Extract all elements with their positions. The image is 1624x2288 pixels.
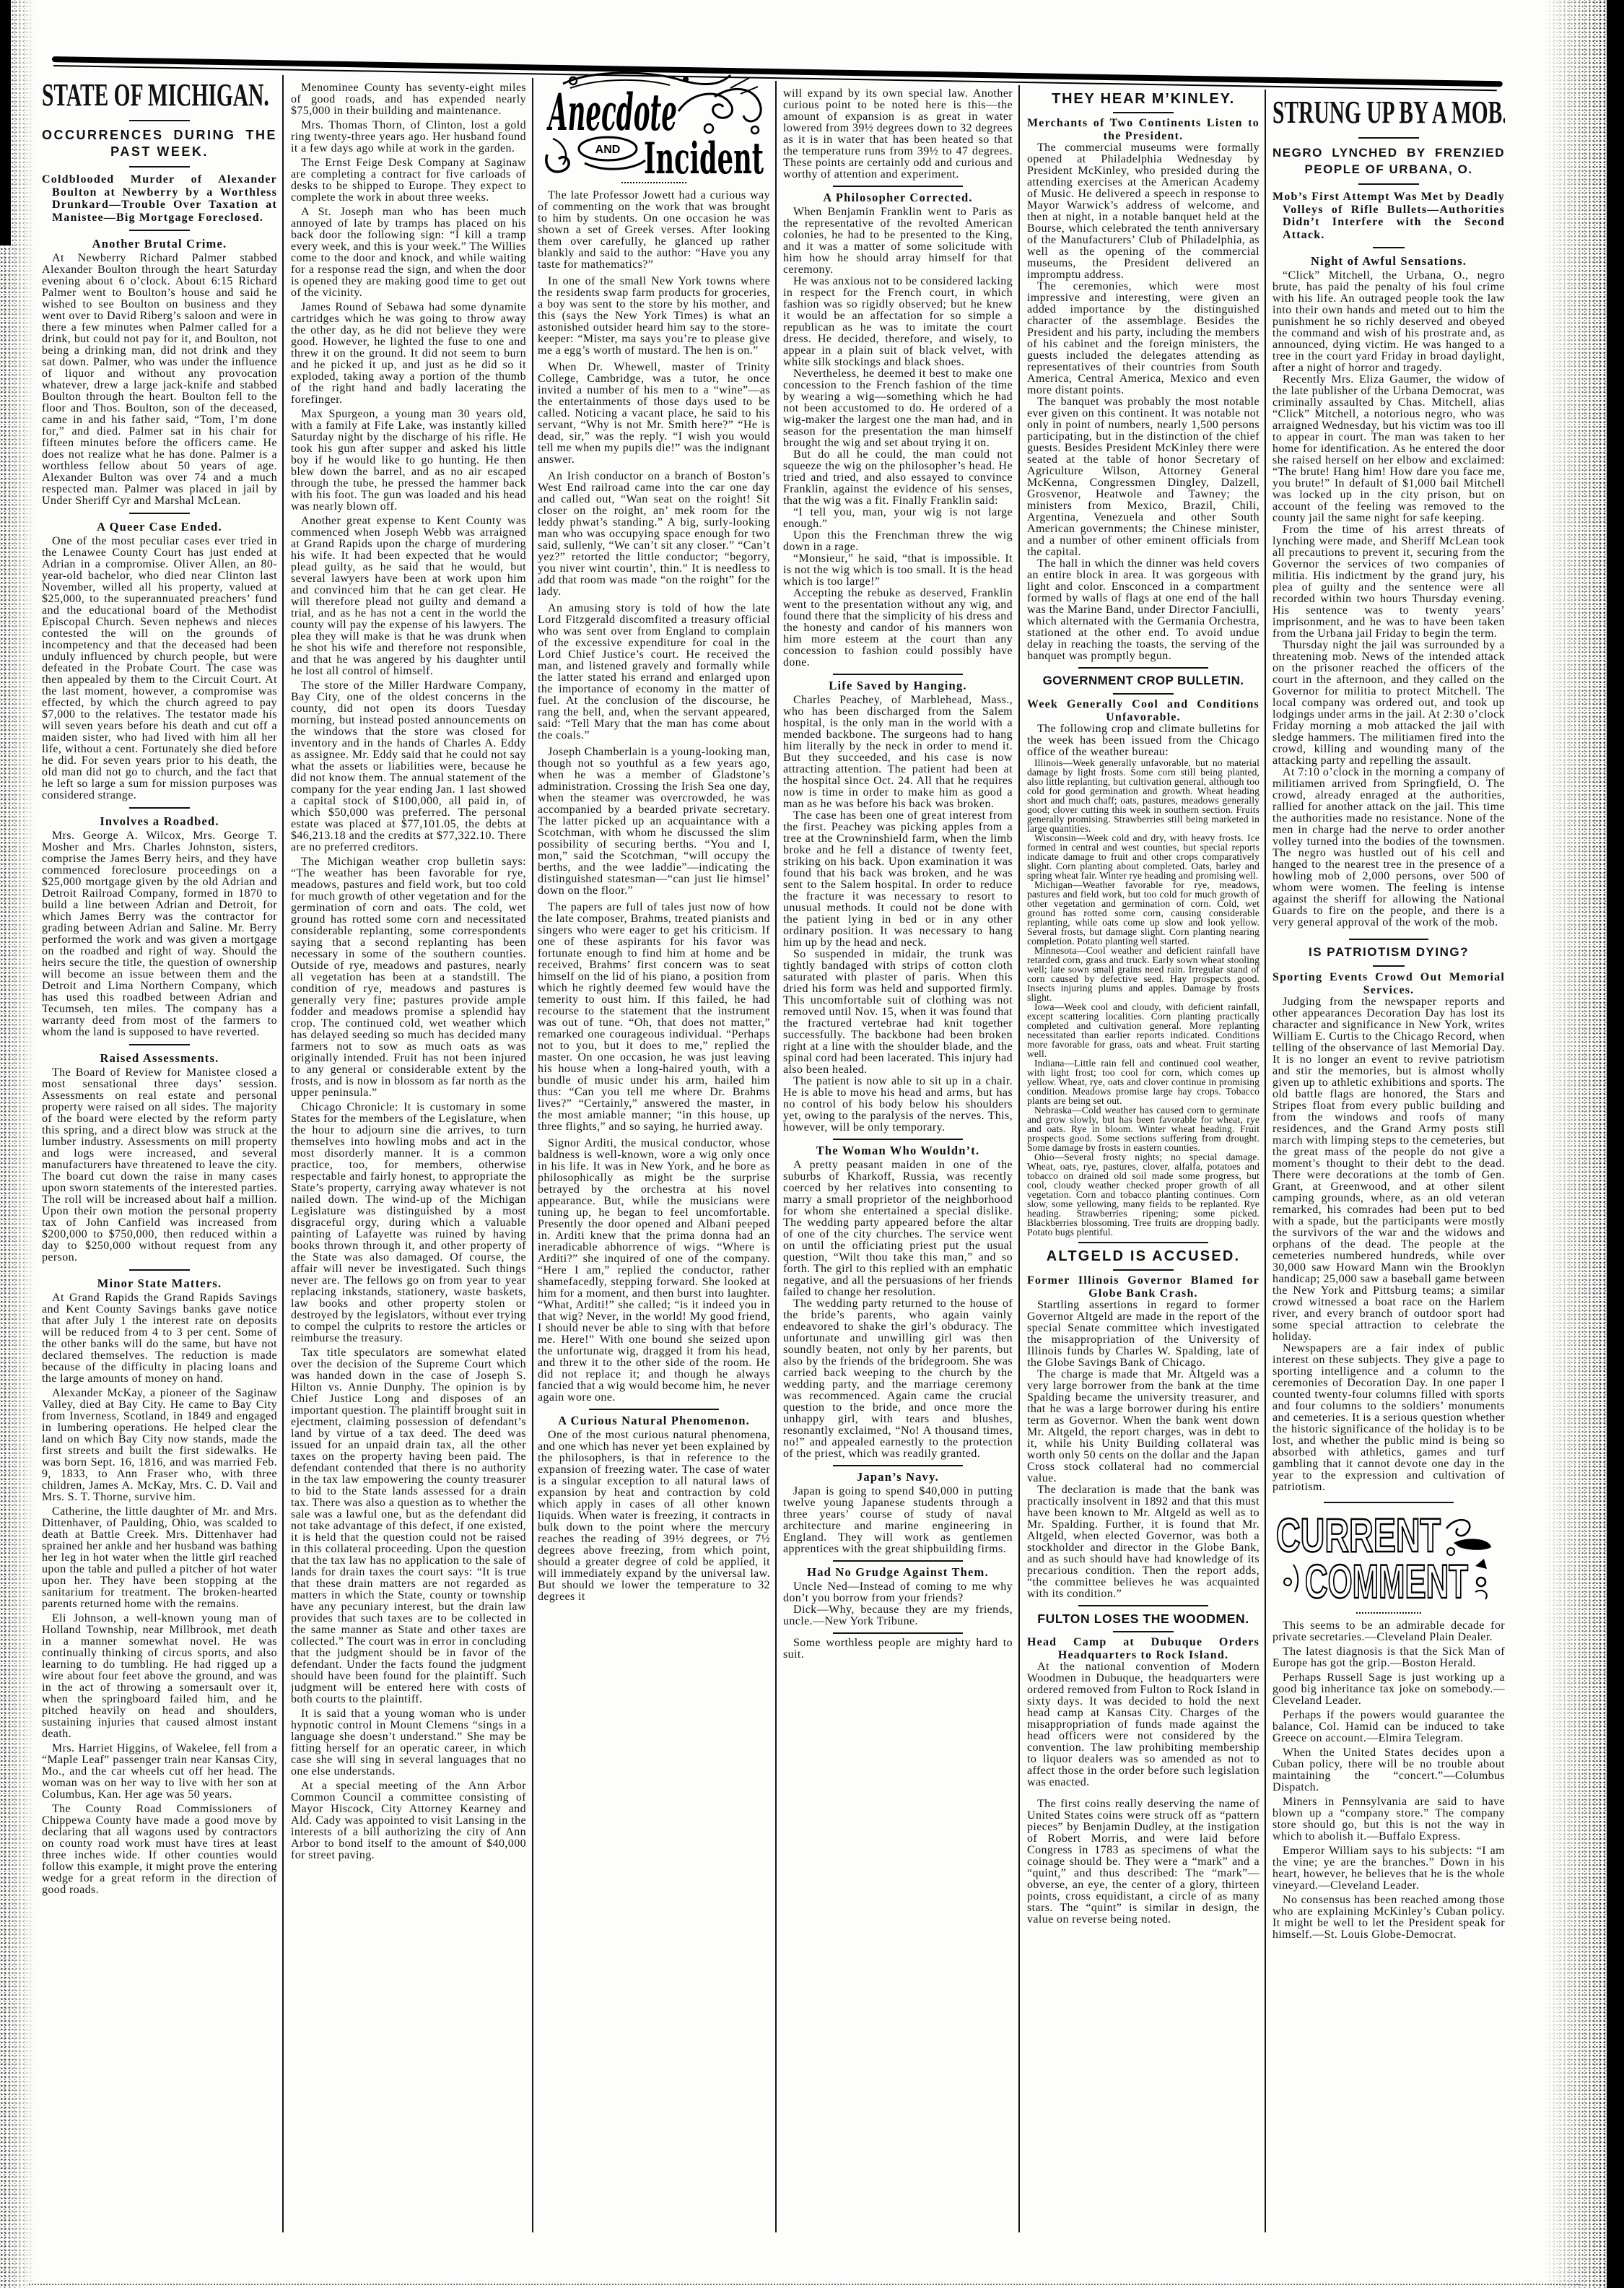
- article-paragraph: At 7:10 o’clock in the morning a company…: [1272, 767, 1505, 928]
- rule: [1078, 1242, 1208, 1243]
- news-item: Chicago Chronicle: It is customary in so…: [291, 1102, 526, 1344]
- minor-matters-list: At Grand Rapids the Grand Rapids Savings…: [42, 1292, 277, 1896]
- news-item: Tax title speculators are somewhat elate…: [291, 1347, 526, 1705]
- state-report: Wisconsin—Week cold and dry, with heavy …: [1027, 833, 1260, 880]
- article-paragraph: The charge is made that Mr. Altgeld was …: [1027, 1369, 1260, 1484]
- article-paragraph: Thursday night the jail was surrounded b…: [1272, 640, 1505, 767]
- rule: [129, 807, 190, 809]
- rule: [589, 1409, 719, 1410]
- rule: [833, 1632, 963, 1634]
- deck: Coldblooded Murder of Alexander Boulton …: [42, 173, 277, 224]
- news-item: Eli Johnson, a well-known young man of H…: [42, 1613, 277, 1740]
- comment-item: The latest diagnosis is that the Sick Ma…: [1272, 1646, 1505, 1669]
- anecdote-and-incident-logo: Anecdote AND Incident: [541, 68, 767, 178]
- news-item: Menominee County has seventy-eight miles…: [291, 82, 526, 117]
- state-report: Illinois—Week generally unfavorable, but…: [1027, 758, 1260, 833]
- headline: STRUNG UP BY A MOB.: [1272, 95, 1505, 130]
- rule: [1373, 965, 1405, 967]
- news-item: Catherine, the little daughter of Mr. an…: [42, 1506, 277, 1610]
- article-paragraph: At the national convention of Modern Woo…: [1027, 1661, 1260, 1788]
- rule: [129, 1269, 190, 1271]
- scan-edge-left-dark: [0, 0, 11, 245]
- article-paragraph: The hall in which the dinner was held co…: [1027, 558, 1260, 662]
- state-report: Minnesota—Cool weather and deficient rai…: [1027, 946, 1260, 1002]
- article-paragraph: A pretty peasant maiden in one of the su…: [783, 1160, 1013, 1298]
- news-item: Mrs. Thomas Thorn, of Clinton, lost a go…: [291, 120, 526, 155]
- column-6: STRUNG UP BY A MOB. NEGRO LYNCHED BY FRE…: [1272, 95, 1505, 2247]
- article-paragraph: One of the most curious natural phenomen…: [538, 1430, 770, 1603]
- article-paragraph: The patient is now able to sit up in a c…: [783, 1076, 1013, 1134]
- comment-item: Emperor William says to his subjects: “I…: [1272, 1845, 1505, 1892]
- anecdote-item: Signor Arditi, the musical conductor, wh…: [538, 1138, 770, 1404]
- deck: Sporting Events Crowd Out Memorial Servi…: [1272, 971, 1505, 996]
- article-paragraph: “I tell you, man, your wig is not large …: [783, 507, 1013, 530]
- section-heading: Minor State Matters.: [42, 1276, 277, 1291]
- article-paragraph: Charles Peachey, of Marblehead, Mass., w…: [783, 695, 1013, 810]
- section-heading: Raised Assessments.: [42, 1051, 277, 1066]
- scan-edge-right-dark: [1607, 0, 1624, 2288]
- anecdote-item: An amusing story is told of how the late…: [538, 603, 770, 741]
- news-item: At a special meeting of the Ann Arbor Co…: [291, 1780, 526, 1861]
- scan-edge-right: [1545, 0, 1608, 2288]
- rule: [129, 513, 190, 514]
- comment-item: This seems to be an admirable decade for…: [1272, 1620, 1505, 1643]
- scan-edge-left: [0, 0, 35, 2288]
- deck: Mob’s First Attempt Was Met by Deadly Vo…: [1272, 191, 1505, 241]
- headline-box: STATE OF MICHIGAN.: [42, 78, 277, 114]
- rule: [1373, 247, 1405, 248]
- column-4: will expand by its own special law. Anot…: [783, 88, 1013, 2236]
- rule: [129, 1044, 190, 1045]
- article-paragraph: Upon this the Frenchman threw the wig do…: [783, 530, 1013, 553]
- section-heading: Japan’s Navy.: [783, 1470, 1013, 1484]
- column-5: THEY HEAR M’KINLEY. Merchants of Two Con…: [1027, 90, 1260, 2234]
- state-report: Ohio—Several frosty nights; no special d…: [1027, 1152, 1260, 1237]
- article-paragraph: When Benjamin Franklin went to Paris as …: [783, 206, 1013, 276]
- deck: Former Illinois Governor Blamed for Glob…: [1027, 1274, 1260, 1300]
- state-report: Indiana—Little rain fell and continued c…: [1027, 1058, 1260, 1105]
- article-paragraph: So suspended in midair, the trunk was ti…: [783, 949, 1013, 1076]
- article-paragraph: Japan is going to spend $40,000 in putti…: [783, 1486, 1013, 1555]
- section-heading: The Woman Who Wouldn’t.: [783, 1144, 1013, 1158]
- anecdote-item: The late Professor Jowett had a curious …: [538, 190, 770, 271]
- news-item: Max Spurgeon, a young man 30 years old, …: [291, 409, 526, 513]
- state-report: Nebraska—Cold weather has caused corn to…: [1027, 1105, 1260, 1152]
- comment-item: When the United States decides upon a Cu…: [1272, 1747, 1505, 1793]
- article-paragraph: At Newberry Richard Palmer stabbed Alexa…: [42, 253, 277, 507]
- crop-reports: Illinois—Week generally unfavorable, but…: [1027, 758, 1260, 1237]
- comment-item: Perhaps Russell Sage is just working up …: [1272, 1672, 1505, 1707]
- news-item: James Round of Sebawa had some dynamite …: [291, 302, 526, 406]
- column-2: Menominee County has seventy-eight miles…: [291, 82, 526, 2237]
- rule: [621, 182, 686, 184]
- section-heading: Had No Grudge Against Them.: [783, 1565, 1013, 1580]
- comment-item: No consensus has been reached among thos…: [1272, 1895, 1505, 1941]
- rule: [129, 230, 190, 231]
- rule: [833, 674, 963, 675]
- article-paragraph: “Click” Mitchell, the Urbana, O., negro …: [1272, 270, 1505, 374]
- news-item: At Grand Rapids the Grand Rapids Savings…: [42, 1292, 277, 1385]
- subheadline: OCCURRENCES DURING THE PAST WEEK.: [42, 127, 277, 160]
- article-paragraph: The Board of Review for Manistee closed …: [42, 1067, 277, 1263]
- article-paragraph: He was anxious not to be considered lack…: [783, 276, 1013, 368]
- article-paragraph: The wedding party returned to the house …: [783, 1298, 1013, 1460]
- headline: GOVERNMENT CROP BULLETIN.: [1027, 672, 1260, 690]
- anecdote-item: The papers are full of tales just now of…: [538, 902, 770, 1133]
- article-paragraph: Judging from the newspaper reports and o…: [1272, 996, 1505, 1343]
- article-continuation: will expand by its own special law. Anot…: [783, 88, 1013, 180]
- news-item: The store of the Miller Hardware Company…: [291, 680, 526, 853]
- column-1: STATE OF MICHIGAN. OCCURRENCES DURING TH…: [42, 78, 277, 2237]
- logo-word-incident: Incident: [644, 134, 764, 178]
- article-paragraph: The declaration is made that the bank wa…: [1027, 1484, 1260, 1600]
- headline: FULTON LOSES THE WOODMEN.: [1027, 1610, 1260, 1627]
- comment-item: Miners in Pennsylvania are said to have …: [1272, 1796, 1505, 1843]
- anecdote-item: An Irish conductor on a branch of Boston…: [538, 471, 770, 598]
- news-item: The County Road Commissioners of Chippew…: [42, 1804, 277, 1896]
- anecdote-item: In one of the small New York towns where…: [538, 276, 770, 357]
- article-paragraph: One of the most peculiar cases ever trie…: [42, 536, 277, 801]
- rule: [129, 120, 190, 121]
- column-divider: [532, 78, 533, 2232]
- news-item: The Michigan weather crop bulletin says:…: [291, 856, 526, 1099]
- column-divider: [282, 75, 284, 2232]
- deck: Week Generally Cool and Conditions Unfav…: [1027, 698, 1260, 723]
- article-paragraph: But do all he could, the man could not s…: [783, 449, 1013, 507]
- rule: [129, 166, 190, 168]
- article-paragraph: Startling assertions in regard to former…: [1027, 1300, 1260, 1369]
- rule: [833, 1465, 963, 1466]
- article-paragraph: Dick—Why, because they are my friends, u…: [783, 1604, 1013, 1627]
- news-item: Alexander McKay, a pioneer of the Sagina…: [42, 1388, 277, 1503]
- article-paragraph: Nevertheless, he deemed it best to make …: [783, 368, 1013, 449]
- current-comment-list: This seems to be an admirable decade for…: [1272, 1620, 1505, 1941]
- filler-item: Some worthless people are mighty hard to…: [783, 1637, 1013, 1661]
- column-divider: [1265, 90, 1266, 2232]
- section-heading: A Philosopher Corrected.: [783, 191, 1013, 205]
- rule: [1324, 1502, 1454, 1503]
- rule: [1113, 1631, 1174, 1632]
- deck: Merchants of Two Continents Listen to th…: [1027, 117, 1260, 142]
- article-paragraph: The following crop and climate bulletins…: [1027, 723, 1260, 758]
- section-heading: Night of Awful Sensations.: [1272, 254, 1505, 269]
- rule: [833, 1139, 963, 1140]
- column-3: Anecdote AND Incident The late Professor…: [538, 68, 770, 2234]
- rule: [1113, 1269, 1174, 1271]
- section-heading: Life Saved by Hanging.: [783, 679, 1013, 693]
- article-paragraph: The banquet was probably the most notabl…: [1027, 396, 1260, 558]
- logo-word-comment: COMMENT: [1305, 1554, 1468, 1608]
- rule: [833, 1560, 963, 1562]
- anecdote-item: When Dr. Whewell, master of Trinity Coll…: [538, 362, 770, 466]
- article-paragraph: “Monsieur,” he said, “that is impossible…: [783, 553, 1013, 588]
- news-item: The Ernst Feige Desk Company at Saginaw …: [291, 157, 526, 204]
- state-report: Michigan—Weather favorable for rye, mead…: [1027, 880, 1260, 946]
- rule: [1078, 667, 1208, 669]
- headline: ALTGELD IS ACCUSED.: [1027, 1247, 1260, 1266]
- rule: [1113, 693, 1174, 695]
- column-divider: [1018, 85, 1020, 2232]
- article-paragraph: Recently Mrs. Eliza Gaumer, the widow of…: [1272, 374, 1505, 524]
- article-paragraph: The ceremonies, which were most impressi…: [1027, 281, 1260, 396]
- logo-word-current: CURRENT: [1276, 1508, 1441, 1562]
- headline: STATE OF MICHIGAN.: [42, 78, 269, 113]
- rule: [1358, 183, 1419, 185]
- article-paragraph: Accepting the rebuke as deserved, Frankl…: [783, 588, 1013, 669]
- deck: Head Camp at Dubuque Orders Headquarters…: [1027, 1636, 1260, 1661]
- comment-item: Perhaps if the powers would guarantee th…: [1272, 1710, 1505, 1744]
- headline: IS PATRIOTISM DYING?: [1272, 944, 1505, 961]
- section-heading: A Queer Case Ended.: [42, 520, 277, 534]
- article-paragraph: The case has been one of great interest …: [783, 810, 1013, 949]
- article-paragraph: Mrs. George A. Wilcox, Mrs. George T. Mo…: [42, 830, 277, 1038]
- filler-item: The first coins really deserving the nam…: [1027, 1798, 1260, 1926]
- news-item: Mrs. Harriet Higgins, of Wakelee, fell f…: [42, 1743, 277, 1801]
- headline: THEY HEAR M’KINLEY.: [1027, 90, 1260, 108]
- rule: [833, 186, 963, 187]
- headline-box: STRUNG UP BY A MOB.: [1272, 95, 1505, 131]
- logo-word-and: AND: [595, 144, 621, 156]
- rule: [1113, 112, 1174, 113]
- subheadline: NEGRO LYNCHED BY FRENZIED PEOPLE OF URBA…: [1272, 144, 1505, 178]
- rule: [1356, 1612, 1421, 1614]
- news-item: Another great expense to Kent County was…: [291, 516, 526, 677]
- article-paragraph: From the time of his arrest threats of l…: [1272, 524, 1505, 640]
- article-paragraph: Uncle Ned—Instead of coming to me why do…: [783, 1581, 1013, 1604]
- news-item: It is said that a young woman who is und…: [291, 1708, 526, 1778]
- spacer: [1027, 1788, 1260, 1798]
- rule: [1358, 137, 1419, 139]
- news-item: A St. Joseph man who has been much annoy…: [291, 206, 526, 299]
- state-report: Iowa—Week cool and cloudy, with deficien…: [1027, 1002, 1260, 1058]
- article-paragraph: Newspapers are a fair index of public in…: [1272, 1343, 1505, 1493]
- rule: [1349, 939, 1428, 940]
- article-paragraph: The commercial museums were formally ope…: [1027, 142, 1260, 281]
- anecdote-item: Joseph Chamberlain is a young-looking ma…: [538, 747, 770, 897]
- section-heading: Another Brutal Crime.: [42, 237, 277, 251]
- column-divider: [775, 81, 777, 2232]
- rule: [1078, 1605, 1208, 1606]
- section-heading: Involves a Roadbed.: [42, 814, 277, 829]
- bottom-edge-dots: [29, 2284, 1581, 2285]
- section-heading: A Curious Natural Phenomenon.: [538, 1414, 770, 1428]
- current-comment-logo: CURRENT COMMENT: [1273, 1507, 1504, 1608]
